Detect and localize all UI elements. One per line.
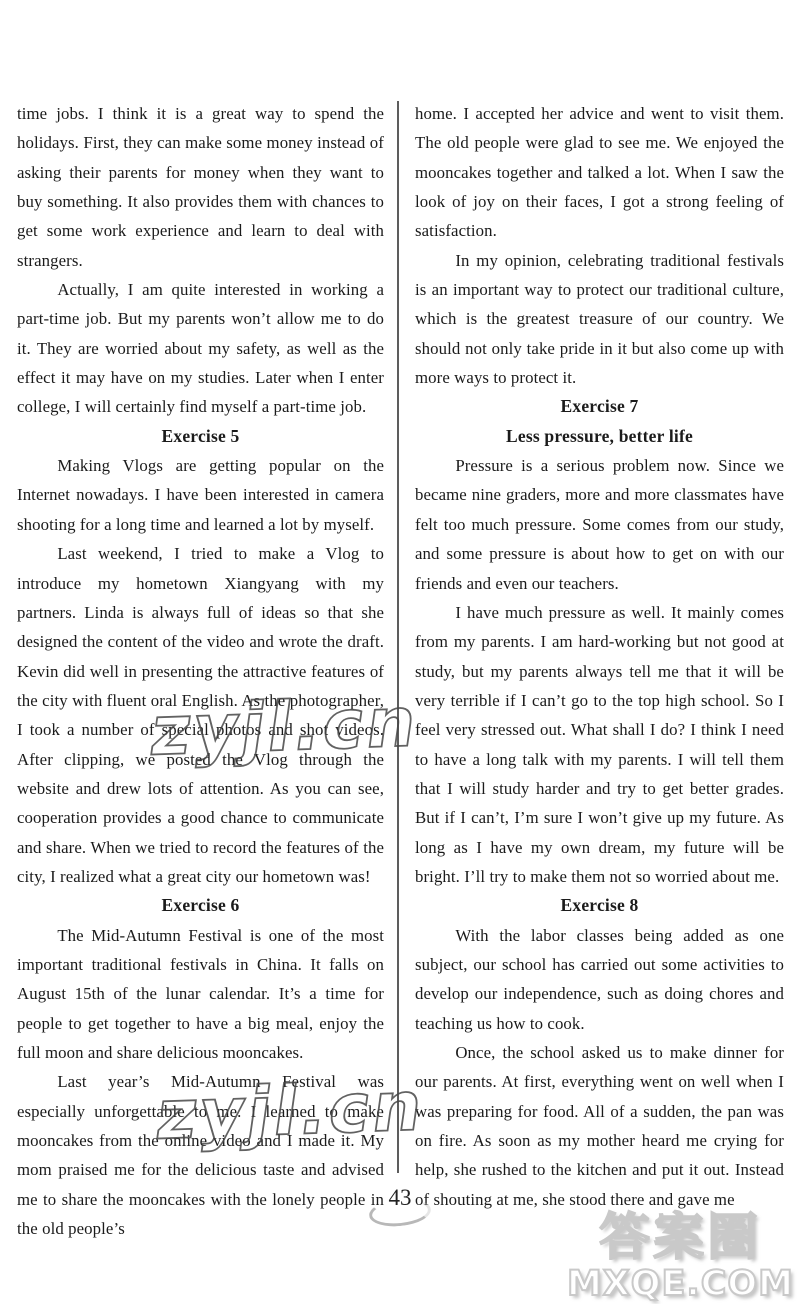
paragraph: home. I accepted her advice and went to … xyxy=(415,99,784,246)
brand-watermark-url: MXQE.COM xyxy=(567,1266,794,1302)
paragraph: With the labor classes being added as on… xyxy=(415,921,784,1038)
paragraph: Last year’s Mid-Autumn Festival was espe… xyxy=(17,1067,384,1243)
paragraph: Once, the school asked us to make dinner… xyxy=(415,1038,784,1214)
right-text-column: home. I accepted her advice and went to … xyxy=(415,99,784,1214)
exercise-heading: Exercise 5 xyxy=(17,422,384,451)
paragraph: I have much pressure as well. It mainly … xyxy=(415,598,784,891)
exercise-heading: Exercise 7 xyxy=(415,392,784,421)
exercise-heading: Exercise 8 xyxy=(415,891,784,920)
brand-watermark: 答案圈 MXQE.COM xyxy=(567,1208,794,1302)
paragraph: time jobs. I think it is a great way to … xyxy=(17,99,384,275)
book-page: time jobs. I think it is a great way to … xyxy=(0,0,800,1304)
exercise-heading: Exercise 6 xyxy=(17,891,384,920)
paragraph: Pressure is a serious problem now. Since… xyxy=(415,451,784,598)
paragraph: In my opinion, celebrating traditional f… xyxy=(415,246,784,393)
paragraph: Actually, I am quite interested in worki… xyxy=(17,275,384,422)
exercise-heading: Less pressure, better life xyxy=(415,422,784,451)
paragraph: Making Vlogs are getting popular on the … xyxy=(17,451,384,539)
page-number-block: 43 xyxy=(358,1184,442,1226)
brand-watermark-chinese: 答案圈 xyxy=(567,1208,794,1266)
column-divider xyxy=(397,101,399,1173)
page-number: 43 xyxy=(358,1184,442,1212)
paragraph: The Mid-Autumn Festival is one of the mo… xyxy=(17,921,384,1068)
left-text-column: time jobs. I think it is a great way to … xyxy=(17,99,384,1243)
paragraph: Last weekend, I tried to make a Vlog to … xyxy=(17,539,384,891)
